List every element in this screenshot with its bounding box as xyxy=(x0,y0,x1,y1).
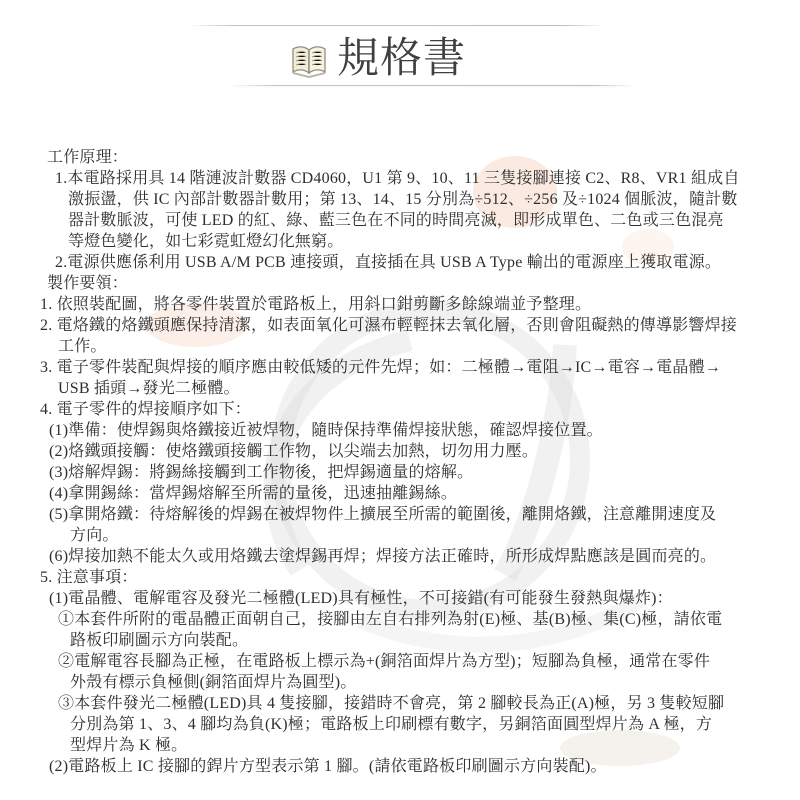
text-line: USB 插頭→發光二極體。 xyxy=(58,378,800,399)
text-line: (6)焊接加熱不能太久或用烙鐵去塗焊錫再焊；焊接方法正確時，所形成焊點應該是圓而… xyxy=(49,546,800,567)
document-body: 工作原理：1.本電路採用具 14 階漣波計數器 CD4060，U1 第 9、10… xyxy=(0,147,800,777)
text-line: 2.電源供應係利用 USB A/M PCB 連接頭，直接插在具 USB A Ty… xyxy=(55,252,800,273)
title-rule-bottom xyxy=(232,85,632,86)
text-line: ①本套件所附的電晶體正面朝自己，接腳由左自右排列為射(E)極、基(B)極、集(C… xyxy=(58,609,800,630)
text-line: 方向。 xyxy=(70,525,800,546)
text-line: (3)熔解焊錫：將錫絲接觸到工作物後，把焊錫適量的熔解。 xyxy=(49,462,800,483)
text-line: 5. 注意事項： xyxy=(40,567,800,588)
page-title: 規格書 xyxy=(337,34,466,82)
text-line: 器計數脈波，可使 LED 的紅、綠、藍三色在不同的時間亮滅，即形成單色、二色或三… xyxy=(68,210,800,231)
text-line: (1)準備：使焊錫與烙鐵接近被焊物，隨時保持準備焊接狀態，確認焊接位置。 xyxy=(49,420,800,441)
text-line: 3. 電子零件裝配與焊接的順序應由較低矮的元件先焊；如：二極體→電阻→IC→電容… xyxy=(40,357,800,378)
text-line: 等燈色變化，如七彩霓虹燈幻化無窮。 xyxy=(68,231,800,252)
text-line: (5)拿開烙鐵：待熔解後的焊錫在被焊物件上擴展至所需的範圍後，離開烙鐵，注意離開… xyxy=(49,504,800,525)
text-line: (2)電路板上 IC 接腳的銲片方型表示第 1 腳。(請依電路板印刷圖示方向裝配… xyxy=(49,756,800,777)
text-line: 型焊片為 K 極。 xyxy=(70,735,800,756)
text-line: 激振盪，供 IC 內部計數器計數用；第 13、14、15 分別為÷512、÷25… xyxy=(68,189,800,210)
text-line: (2)烙鐵頭接觸：使烙鐵頭接觸工作物，以尖端去加熱，切勿用力壓。 xyxy=(49,441,800,462)
text-line: 1.本電路採用具 14 階漣波計數器 CD4060，U1 第 9、10、11 三… xyxy=(55,168,800,189)
text-line: ②電解電容長腳為正極，在電路板上標示為+(銅箔面焊片為方型)；短腳為負極，通常在… xyxy=(58,651,800,672)
text-line: (4)拿開錫絲：當焊錫熔解至所需的量後，迅速抽離錫絲。 xyxy=(49,483,800,504)
text-line: 製作要領： xyxy=(47,273,800,294)
text-line: ③本套件發光二極體(LED)具 4 隻接腳，接錯時不會亮，第 2 腳較長為正(A… xyxy=(58,693,800,714)
text-line: 工作原理： xyxy=(47,147,800,168)
text-line: 4. 電子零件的焊接順序如下： xyxy=(40,399,800,420)
text-line: 分別為第 1、3、4 腳均為負(K)極；電路板上印刷標有數字，另銅箔面圓型焊片為… xyxy=(70,714,800,735)
text-line: 1. 依照裝配圖，將各零件裝置於電路板上，用斜口鉗剪斷多餘線端並予整理。 xyxy=(40,294,800,315)
text-line: 路板印刷圖示方向裝配。 xyxy=(70,630,800,651)
text-line: (1)電晶體、電解電容及發光二極體(LED)具有極性，不可接錯(有可能發生發熱與… xyxy=(49,588,800,609)
title-rule-top xyxy=(190,25,605,26)
title-row: 規格書 xyxy=(291,34,466,82)
open-book-icon xyxy=(291,44,327,79)
text-line: 外殼有標示負極側(銅箔面焊片為圓型)。 xyxy=(70,672,800,693)
text-line: 2. 電烙鐵的烙鐵頭應保持清潔，如表面氧化可濕布輕輕抹去氧化層，否則會阻礙熱的傳… xyxy=(40,315,800,336)
text-line: 工作。 xyxy=(58,336,800,357)
